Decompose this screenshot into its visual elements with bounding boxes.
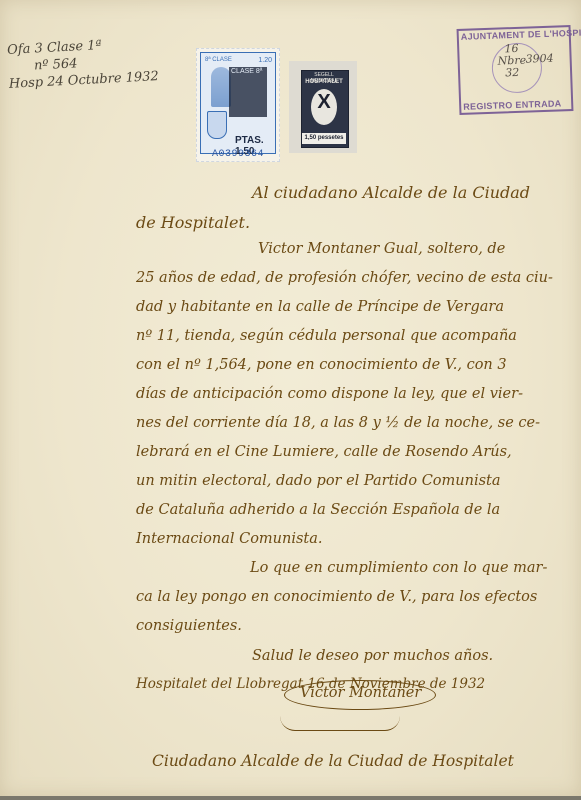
pencil-annotation: Ofa 3 Clase 1ª nº 564 Hosp 24 Octubre 19… — [7, 34, 159, 93]
body-line: nº 11, tienda, según cédula personal que… — [136, 328, 517, 344]
page-edge — [0, 796, 581, 800]
document-page: Ofa 3 Clase 1ª nº 564 Hosp 24 Octubre 19… — [0, 0, 581, 796]
registry-stamp-bottom: REGISTRO ENTRADA — [463, 98, 562, 111]
registry-stamp-top: AJUNTAMENT DE L'HOSPITALET — [461, 27, 581, 42]
stamp-serial: A0399364 — [199, 149, 277, 160]
coat-of-arms-icon — [207, 111, 227, 139]
body-line: un mitin electoral, dado por el Partido … — [136, 473, 501, 489]
closing-line: consiguientes. — [136, 618, 242, 634]
stamp-class-label: CLASE 8ª — [231, 68, 262, 75]
fiscal-stamp-frame: 8ª CLASE 1.20 CLASE 8ª PTAS. 1,50 — [200, 52, 276, 154]
fiscal-stamp: 8ª CLASE 1.20 CLASE 8ª PTAS. 1,50 A03993… — [196, 48, 280, 162]
stamp-corner-value: 1.20 — [258, 57, 272, 64]
body-line: 25 años de edad, de profesión chófer, ve… — [136, 270, 553, 286]
registry-number: 3904 — [525, 52, 553, 66]
signature: Victor Montaner — [284, 680, 434, 716]
body-line: lebrará en el Cine Lumiere, calle de Ros… — [136, 444, 512, 460]
salutation: Salud le deseo por muchos años. — [252, 648, 493, 664]
body-line: de Cataluña adherido a la Sección Españo… — [136, 502, 500, 518]
body-line: nes del corriente día 18, a las 8 y ½ de… — [136, 415, 540, 431]
body-line: días de anticipación como dispone la ley… — [136, 386, 523, 402]
address-line: Al ciudadano Alcalde de la Ciudad — [252, 183, 530, 202]
body-line: dad y habitante en la calle de Príncipe … — [136, 299, 504, 315]
address-line: de Hospitalet. — [136, 213, 250, 232]
body-line: con el nº 1,564, pone en conocimiento de… — [136, 357, 507, 373]
body-line: Victor Montaner Gual, soltero, de — [258, 241, 505, 257]
allegory-figure-icon — [211, 67, 231, 107]
cross-emblem-icon: X — [311, 91, 337, 114]
footer-addressee: Ciudadano Alcalde de la Ciudad de Hospit… — [152, 752, 514, 770]
closing-line: ca la ley pongo en conocimiento de V., p… — [136, 589, 537, 605]
municipal-stamp-city: HOSPITALET — [301, 79, 347, 85]
stamp-class-corner: 8ª CLASE — [205, 57, 232, 63]
registry-entry-stamp: AJUNTAMENT DE L'HOSPITALET 16 Nbre 32 39… — [457, 25, 574, 115]
registry-year: 32 — [498, 67, 527, 80]
municipal-stamp: SEGELL MUNICIPAL HOSPITALET X 1,50 pesse… — [289, 61, 357, 153]
body-line: Internacional Comunista. — [136, 531, 323, 547]
closing-line: Lo que en cumplimiento con lo que mar- — [250, 560, 547, 576]
signature-underline — [280, 716, 400, 731]
municipal-stamp-value: 1,50 pessetes — [302, 133, 346, 144]
signature-name: Victor Montaner — [300, 685, 421, 701]
registry-date: 16 Nbre 32 — [497, 43, 527, 80]
